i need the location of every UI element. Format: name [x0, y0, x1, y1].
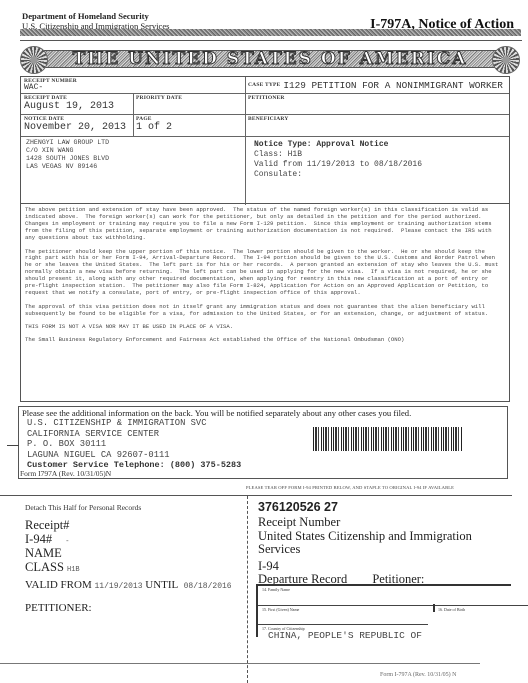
i94-form-footer: Form I-797A (Rev. 10/31/05) N [380, 672, 456, 678]
address-line: ZHENGYI LAW GROUP LTD [26, 139, 242, 147]
notice-type: Notice Type: Approval Notice [254, 140, 508, 150]
case-type-label: CASE TYPE [248, 82, 280, 88]
notice-valid-period: Valid from 11/19/2013 to 08/18/2016 [254, 160, 508, 170]
receipt-number-value: WAC- [24, 84, 242, 91]
dob-label: 16. Date of Birth [438, 607, 465, 612]
left-class-value: H1B [67, 566, 80, 574]
left-class: CLASS H1B [25, 560, 80, 575]
fold-mark [7, 445, 19, 446]
service-address-line: CALIFORNIA SERVICE CENTER [27, 429, 159, 439]
not-a-visa-notice: THIS FORM IS NOT A VISA NOR MAY IT BE US… [25, 324, 505, 331]
left-receipt: Receipt# [25, 518, 69, 533]
mailing-address: ZHENGYI LAW GROUP LTD C/O XIN WANG 1428 … [23, 138, 245, 204]
perforation-line [0, 495, 512, 496]
priority-date-cell: PRIORITY DATE [133, 94, 245, 114]
beneficiary-cell: BENEFICIARY [245, 115, 511, 136]
left-class-label: CLASS [25, 560, 64, 574]
page-value: 1 of 2 [136, 122, 242, 133]
instructions-paragraph: The petitioner should keep the upper por… [25, 249, 505, 297]
ombudsman-notice: The Small Business Regulatory Enforcemen… [25, 337, 505, 344]
service-address-line: P. O. BOX 30111 [27, 439, 106, 449]
left-i94-label: I-94# [25, 532, 52, 546]
notice-body: The above petition and extension of stay… [20, 204, 510, 402]
service-address-line: U.S. CITIZENSHIP & IMMIGRATION SVC [27, 418, 207, 428]
tear-off-instruction: PLEASE TEAR OFF FORM I-94 PRINTED BELOW,… [246, 485, 454, 490]
priority-date-label: PRIORITY DATE [136, 95, 242, 101]
valid-from-label: VALID FROM [25, 579, 92, 591]
detach-title: Detach This Half for Personal Records [25, 503, 141, 512]
i94-admission-number: 376120526 27 [258, 500, 338, 514]
barcode [313, 427, 463, 451]
i94-col-divider [433, 604, 435, 612]
citizenship-value: CHINA, PEOPLE'S REPUBLIC OF [268, 630, 422, 641]
i94-row-divider [258, 624, 428, 625]
header-hatch-divider [20, 29, 521, 36]
right-receipt-number: Receipt Number [258, 515, 340, 530]
petitioner-label: PETITIONER [248, 95, 508, 101]
left-validity: VALID FROM 11/19/2013 UNTIL 08/18/2016 [25, 579, 232, 591]
address-line: C/O XIN WANG [26, 147, 242, 155]
rosette-icon [492, 46, 520, 74]
receipt-number-cell: RECEIPT NUMBER WAC- [21, 77, 245, 93]
case-type-cell: CASE TYPE I129 PETITION FOR A NONIMMIGRA… [245, 77, 511, 93]
perforation-vertical [247, 496, 248, 683]
notice-date-cell: NOTICE DATE November 20, 2013 [21, 115, 133, 136]
page-cell: PAGE 1 of 2 [133, 115, 245, 136]
bottom-rule [0, 663, 480, 664]
given-name-label: 15. First (Given) Name [262, 607, 299, 612]
approval-paragraph: The above petition and extension of stay… [25, 207, 505, 242]
agency-block: Department of Homeland Security U.S. Cit… [22, 11, 170, 31]
service-address-line: LAGUNA NIGUEL CA 92607-0111 [27, 450, 170, 460]
agency-name: Department of Homeland Security [22, 11, 170, 21]
row-divider [21, 136, 509, 137]
additional-info-note: Please see the additional information on… [22, 408, 411, 418]
rosette-icon [20, 46, 48, 74]
case-type-value: I129 PETITION FOR A NONIMMIGRANT WORKER [283, 80, 502, 91]
address-line: 1428 SOUTH JONES BLVD [26, 155, 242, 163]
until-label: UNTIL [145, 579, 178, 591]
left-i94-value: - [65, 538, 69, 546]
usa-banner: THE UNITED STATES OF AMERICA [20, 46, 520, 72]
left-petitioner: PETITIONER: [25, 602, 92, 614]
notice-date-value: November 20, 2013 [24, 122, 130, 133]
petitioner-cell: PETITIONER [245, 94, 511, 114]
right-agency-line: Services [258, 542, 300, 557]
valid-from-date: 11/19/2013 [94, 582, 142, 591]
header-rule [20, 40, 522, 41]
banner-text: THE UNITED STATES OF AMERICA [50, 49, 490, 69]
receipt-date-value: August 19, 2013 [24, 101, 130, 112]
notice-class: Class: H1B [254, 150, 508, 160]
notice-consulate: Consulate: [254, 170, 508, 180]
i94-row-divider [258, 605, 528, 606]
disclaimer-paragraph: The approval of this visa petition does … [25, 304, 505, 318]
address-line: LAS VEGAS NV 89146 [26, 163, 242, 171]
family-name-label: 14. Family Name [262, 587, 290, 592]
case-info-table: RECEIPT NUMBER WAC- CASE TYPE I129 PETIT… [20, 76, 510, 204]
left-i94: I-94# - [25, 532, 69, 547]
form-revision: Form I797A (Rev. 10/31/05)N [20, 469, 111, 478]
until-date: 08/18/2016 [184, 582, 232, 591]
beneficiary-label: BENEFICIARY [248, 116, 508, 122]
notice-details: Notice Type: Approval Notice Class: H1B … [251, 139, 511, 205]
left-name: NAME [25, 546, 62, 561]
receipt-date-cell: RECEIPT DATE August 19, 2013 [21, 94, 133, 114]
